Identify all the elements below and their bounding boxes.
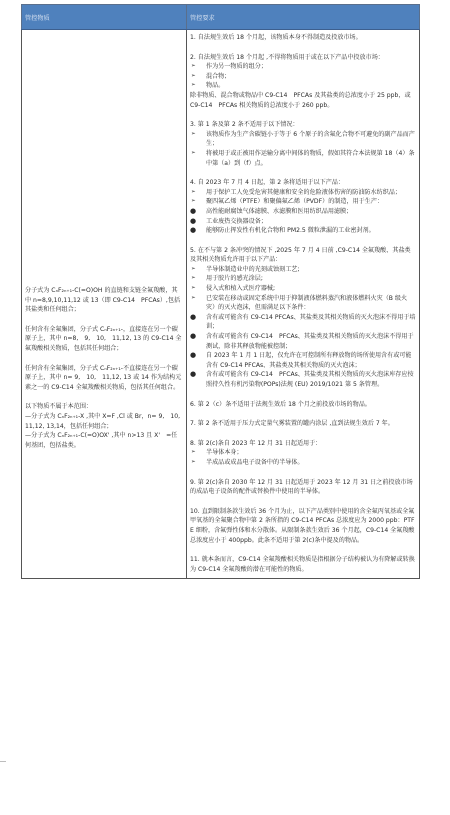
arrow-bullet-icon: ➢ bbox=[191, 72, 196, 82]
item-text: 侵入式和植入式医疗器械; bbox=[206, 285, 275, 292]
bullet-item: ●工业废热交换器设备； bbox=[190, 217, 416, 227]
header-control-requirements: 管控要求 bbox=[187, 5, 420, 30]
arrow-item: ➢将被用于或正被用作运输分离中间体的物质，假如其符合本法规第 18（4）条中第（… bbox=[190, 149, 416, 168]
bullet-item: ●含有或可能含有 C9-C14 PFCAs、其盐类及其相关物质的灭火泡沫库存应按… bbox=[190, 370, 416, 389]
spacer bbox=[190, 429, 416, 439]
bullet-item: ●能够防止挥发性有机化合物和 PM2.5 微粒泄漏的工业密封剂。 bbox=[190, 226, 416, 236]
arrow-item: ➢该物质作为生产含碳链小于等于 6 个原子的含氟化合物不可避免的副产品而产生； bbox=[190, 130, 416, 149]
substance-definition: 以下物质不属于本范围： bbox=[25, 402, 183, 412]
spacer bbox=[190, 236, 416, 246]
arrow-bullet-icon: ➢ bbox=[191, 294, 196, 304]
item-text: 半成品或成品电子设备中的半导体。 bbox=[206, 459, 304, 466]
item-text: 作为另一物质的组分； bbox=[206, 63, 267, 70]
item-text: 自 2023 年 1 月 1 日起，仅允许在可控制所有释放物的场所使用含有或可能… bbox=[206, 352, 412, 369]
arrow-item: ➢混合物； bbox=[190, 72, 416, 82]
requirement-paragraph: 5. 在不与第 2 条冲突的情况下 ,2025 年 7 月 4 日前 ,C9-C… bbox=[190, 246, 416, 265]
requirement-paragraph: 4. 自 2023 年 7 月 4 日起，第 2 条将适用于以下产品： bbox=[190, 178, 416, 188]
header-row: 管控物质 管控要求 bbox=[22, 5, 420, 30]
requirements-list: 1. 自法规生效后 18 个月起，该物质本身不得制造及投放市场。2. 自法规生效… bbox=[190, 33, 416, 574]
requirement-paragraph: 7. 第 2 条不适用于压力式定量气雾装置的罐内涂层 ,直到法规生效后 7 年。 bbox=[190, 419, 416, 429]
regulation-table: 管控物质 管控要求 分子式为 CₙF₂ₙ₊₁-C(=O)OH 的直链和支链全氟羧… bbox=[21, 4, 420, 579]
substance-definition: —分子式为 CₙF₂ₙ₊₁-X ,其中 X=F ,Cl 或 Br，n= 9, 1… bbox=[25, 412, 183, 431]
arrow-item: ➢侵入式和植入式医疗器械; bbox=[190, 284, 416, 294]
requirement-paragraph: 3. 第 1 条及第 2 条不适用于以下情况： bbox=[190, 120, 416, 130]
requirement-paragraph: 6. 第 2（c）条不适用于法规生效后 18 个月之前投放市场的物品。 bbox=[190, 400, 416, 410]
bullet-item: ●含有或可能含有 C9-C14 PFCAs、其盐类及其相关物质的灭火泡沫不得用于… bbox=[190, 313, 416, 332]
arrow-item: ➢聚四氟乙烯（PTFE）和聚偏氟乙烯（PVDF）的制造，用于生产： bbox=[190, 197, 416, 207]
arrow-bullet-icon: ➢ bbox=[191, 448, 196, 458]
substance-definition: 任何含有全氟集团，分子式 CₙF₂ₙ₊₁-，直接连在另一个碳原子上，其中 n=8… bbox=[25, 325, 183, 354]
bullet-dot-icon: ● bbox=[190, 313, 196, 323]
item-text: 用于保护工人免受危害其健康和安全的危险液体伤害的防油防水纺织品； bbox=[206, 189, 401, 196]
arrow-bullet-icon: ➢ bbox=[191, 265, 196, 275]
arrow-item: ➢用于胶片的感光涂层; bbox=[190, 274, 416, 284]
bullet-dot-icon: ● bbox=[190, 217, 196, 227]
item-text: 将被用于或正被用作运输分离中间体的物质，假如其符合本法规第 18（4）条中第（a… bbox=[206, 150, 415, 167]
arrow-bullet-icon: ➢ bbox=[191, 188, 196, 198]
arrow-item: ➢半导体本身； bbox=[190, 448, 416, 458]
item-text: 高性能耐腐蚀气体滤膜、水滤膜和医用纺织品用滤膜； bbox=[206, 208, 352, 215]
edge-mark bbox=[0, 761, 6, 762]
requirement-paragraph: 10. 直到限制条款生效后 36 个月为止，以下产品类别中使用的含全氟丙氧基或全… bbox=[190, 507, 416, 545]
item-text: 能够防止挥发性有机化合物和 PM2.5 微粒泄漏的工业密封剂。 bbox=[206, 227, 375, 234]
spacer bbox=[190, 545, 416, 555]
arrow-bullet-icon: ➢ bbox=[191, 62, 196, 72]
item-text: 物品。 bbox=[206, 82, 224, 89]
spacer bbox=[25, 392, 183, 402]
requirements-cell: 1. 自法规生效后 18 个月起，该物质本身不得制造及投放市场。2. 自法规生效… bbox=[187, 30, 420, 579]
item-text: 含有或可能含有 C9-C14 PFCAs、其盐类及其相关物质的灭火泡沫库存应按照… bbox=[206, 371, 414, 388]
table-row: 分子式为 CₙF₂ₙ₊₁-C(=O)OH 的直链和支链全氟羧酸，其中 n=8,9… bbox=[22, 30, 420, 579]
spacer bbox=[190, 390, 416, 400]
item-text: 混合物； bbox=[206, 73, 230, 80]
substance-definitions: 分子式为 CₙF₂ₙ₊₁-C(=O)OH 的直链和支链全氟羧酸，其中 n=8,9… bbox=[25, 286, 183, 450]
bullet-dot-icon: ● bbox=[190, 332, 196, 342]
bullet-dot-icon: ● bbox=[190, 370, 196, 380]
spacer bbox=[190, 468, 416, 478]
item-text: 用于胶片的感光涂层; bbox=[206, 275, 263, 282]
arrow-bullet-icon: ➢ bbox=[191, 274, 196, 284]
bullet-item: ●高性能耐腐蚀气体滤膜、水滤膜和医用纺织品用滤膜； bbox=[190, 207, 416, 217]
requirement-paragraph: 11. 就本条而言，C9-C14 全氟羧酸相关物质是指根据分子结构被认为有降解或… bbox=[190, 555, 416, 574]
item-text: 聚四氟乙烯（PTFE）和聚偏氟乙烯（PVDF）的制造，用于生产： bbox=[206, 198, 383, 205]
bullet-dot-icon: ● bbox=[190, 207, 196, 217]
arrow-bullet-icon: ➢ bbox=[191, 197, 196, 207]
bullet-dot-icon: ● bbox=[190, 351, 196, 361]
spacer bbox=[25, 315, 183, 325]
item-text: 已安装在移动或固定系统中用于抑制液体燃料蒸汽和液体燃料火灾（B 级火灾）的灭火泡… bbox=[206, 295, 407, 312]
item-text: 含有或可能含有 C9-C14 PFCAs、其盐类及其相关物质的灭火泡沫不得用于测… bbox=[206, 333, 414, 350]
substance-cell: 分子式为 CₙF₂ₙ₊₁-C(=O)OH 的直链和支链全氟羧酸，其中 n=8,9… bbox=[22, 30, 187, 579]
requirement-paragraph: 1. 自法规生效后 18 个月起，该物质本身不得制造及投放市场。 bbox=[190, 33, 416, 43]
arrow-bullet-icon: ➢ bbox=[191, 458, 196, 468]
arrow-item: ➢已安装在移动或固定系统中用于抑制液体燃料蒸汽和液体燃料火灾（B 级火灾）的灭火… bbox=[190, 294, 416, 313]
requirement-paragraph: 2. 自法规生效后 18 个月起 ,不得将物质用于或在以下产品中投放市场： bbox=[190, 53, 416, 63]
requirement-paragraph: 9. 第 2(c)条自 2030 年 12 月 31 日起适用于 2023 年 … bbox=[190, 478, 416, 497]
item-text: 含有或可能含有 C9-C14 PFCAs、其盐类及其相关物质的灭火泡沫不得用于培… bbox=[206, 314, 416, 331]
item-text: 该物质作为生产含碳链小于等于 6 个原子的含氟化合物不可避免的副产品而产生； bbox=[206, 131, 415, 148]
arrow-item: ➢用于保护工人免受危害其健康和安全的危险液体伤害的防油防水纺织品； bbox=[190, 188, 416, 198]
bullet-dot-icon: ● bbox=[190, 226, 196, 236]
arrow-item: ➢物品。 bbox=[190, 81, 416, 91]
arrow-bullet-icon: ➢ bbox=[191, 130, 196, 140]
requirement-paragraph: 除非物质、混合物或物品中 C9-C14 PFCAs 及其盐类的总浓度小于 25 … bbox=[190, 91, 416, 110]
arrow-bullet-icon: ➢ bbox=[191, 284, 196, 294]
header-controlled-substance: 管控物质 bbox=[22, 5, 187, 30]
spacer bbox=[190, 168, 416, 178]
arrow-bullet-icon: ➢ bbox=[191, 149, 196, 159]
spacer bbox=[190, 497, 416, 507]
spacer bbox=[190, 409, 416, 419]
substance-definition: 任何含有全氟集团，分子式 CₙF₂ₙ₊₁-不直接连在另一个碳原子上，其中 n= … bbox=[25, 364, 183, 393]
arrow-bullet-icon: ➢ bbox=[191, 81, 196, 91]
arrow-item: ➢作为另一物质的组分； bbox=[190, 62, 416, 72]
requirement-paragraph: 8. 第 2(c)条自 2023 年 12 月 31 日起适用于： bbox=[190, 439, 416, 449]
arrow-item: ➢半成品或成品电子设备中的半导体。 bbox=[190, 458, 416, 468]
item-text: 半导体制造业中的光刻或蚀刻工艺; bbox=[206, 266, 299, 273]
substance-definition: 分子式为 CₙF₂ₙ₊₁-C(=O)OH 的直链和支链全氟羧酸，其中 n=8,9… bbox=[25, 286, 183, 315]
spacer bbox=[25, 354, 183, 364]
bullet-item: ●自 2023 年 1 月 1 日起，仅允许在可控制所有释放物的场所使用含有或可… bbox=[190, 351, 416, 370]
item-text: 工业废热交换器设备； bbox=[206, 218, 267, 225]
spacer bbox=[190, 110, 416, 120]
item-text: 半导体本身； bbox=[206, 449, 243, 456]
arrow-item: ➢半导体制造业中的光刻或蚀刻工艺; bbox=[190, 265, 416, 275]
bullet-item: ●含有或可能含有 C9-C14 PFCAs、其盐类及其相关物质的灭火泡沫不得用于… bbox=[190, 332, 416, 351]
substance-definition: —分子式为 CₙF₂ₙ₊₁-C(=O)OX' ,其中 n>13 且 X' =任何… bbox=[25, 431, 183, 450]
spacer bbox=[190, 43, 416, 53]
